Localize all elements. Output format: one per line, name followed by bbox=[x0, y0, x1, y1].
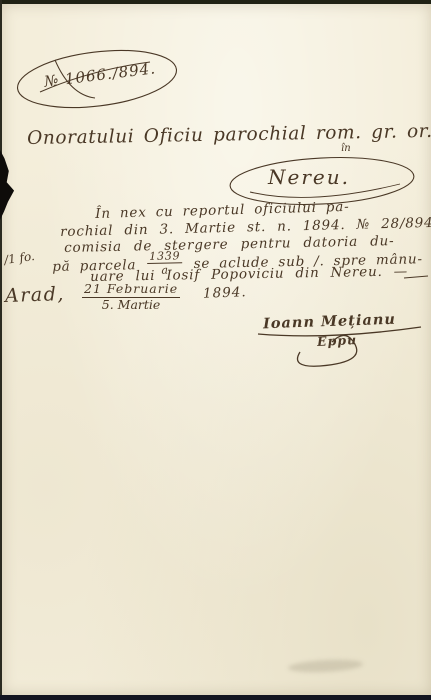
date-new-style: 5. Martie bbox=[82, 298, 180, 312]
dateline-year: 1894. bbox=[203, 284, 247, 302]
place-name: Nereu. bbox=[268, 165, 350, 189]
signature-title: Eppu bbox=[317, 332, 358, 349]
dateline-date-fraction: 21 Februarie 5. Martie bbox=[82, 283, 180, 311]
document-photo: № 1066./894. Onoratului Oficiu parochial… bbox=[0, 0, 431, 700]
dateline-city: Arad, bbox=[5, 283, 66, 307]
photo-bottom-edge bbox=[0, 695, 431, 700]
photo-top-edge bbox=[0, 0, 431, 4]
paper-sheet bbox=[2, 4, 431, 695]
date-old-style: 21 Februarie bbox=[82, 283, 180, 298]
parcel-numerator: 1339 bbox=[147, 250, 182, 264]
in-word: în bbox=[341, 143, 351, 154]
photo-left-edge bbox=[0, 0, 2, 700]
